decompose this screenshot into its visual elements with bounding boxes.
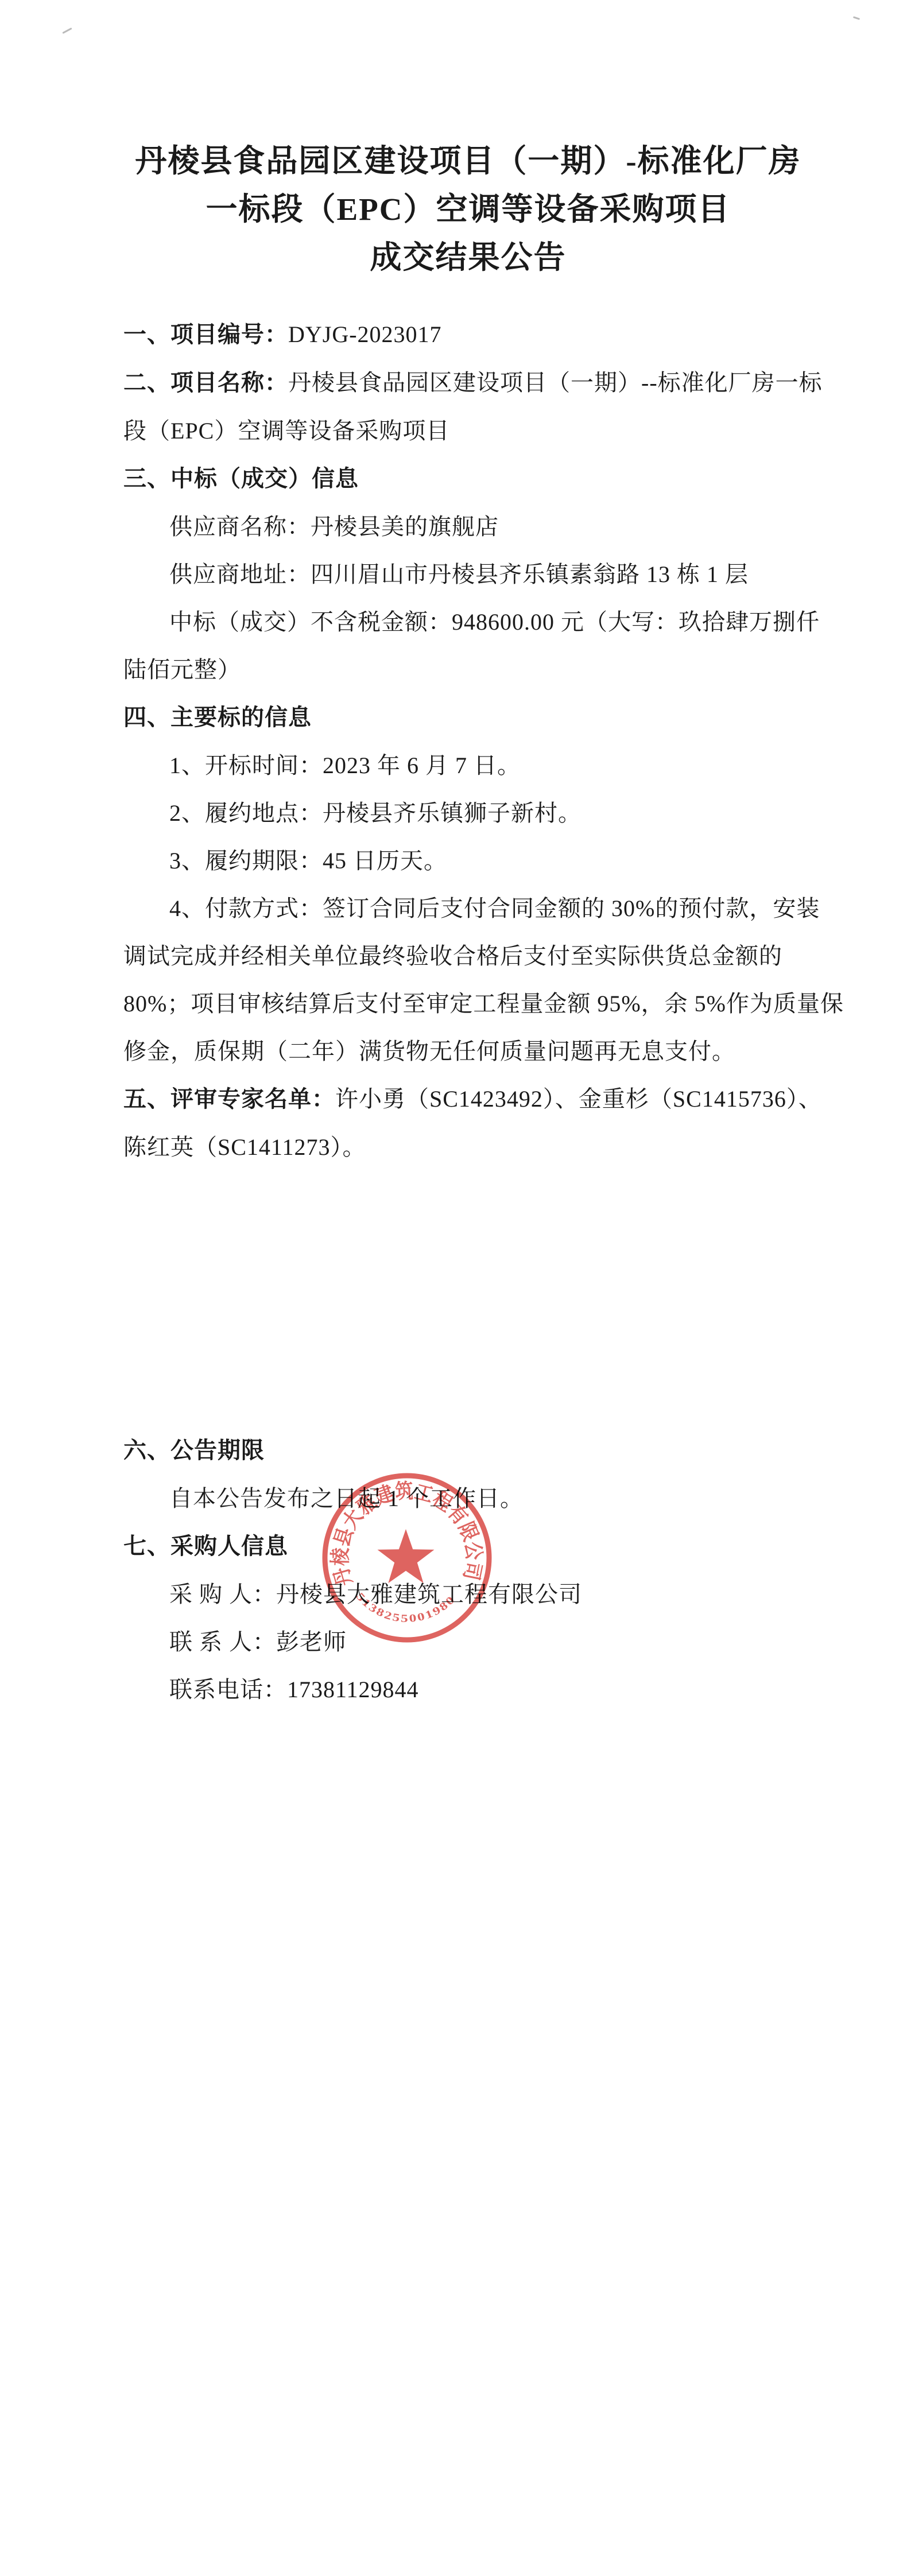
text-segment: 许小勇（SC1423492）、金重杉（SC1415736）、 [335,1086,822,1112]
text-segment: 中标（成交）不含税金额：948600.00 元（大写：玖拾肆万捌仟 [169,609,820,635]
text-segment: 供应商地址：四川眉山市丹棱县齐乐镇素翁路 13 栋 1 层 [169,561,749,587]
text-segment: 4、付款方式：签订合同后支付合同金额的 30%的预付款，安装 [169,895,820,921]
doc-line: 四、主要标的信息 [123,693,825,742]
doc-line: 供应商地址：四川眉山市丹棱县齐乐镇素翁路 13 栋 1 层 [123,550,825,598]
document-title-line-3: 成交结果公告 [111,234,825,282]
doc-line: 六、公告期限 [123,1426,825,1475]
star-icon [378,1529,435,1583]
doc-line: 80%；项目审核结算后支付至审定工程量金额 95%，余 5%作为质量保 [123,980,825,1027]
heading-label: 六、公告期限 [123,1438,265,1463]
doc-line: 联系电话：17381129844 [123,1666,825,1713]
doc-line: 3、履约期限：45 日历天。 [123,837,825,884]
text-segment: 段（EPC）空调等设备采购项目 [123,418,449,444]
doc-line: 陈红英（SC1411273）。 [123,1123,825,1171]
heading-label: 五、评审专家名单： [123,1087,335,1112]
doc-line: 二、项目名称：丹棱县食品园区建设项目（一期）--标准化厂房一标 [123,359,825,407]
doc-line: 段（EPC）空调等设备采购项目 [123,407,825,455]
doc-line: 三、中标（成交）信息 [123,455,825,503]
text-segment: 80%；项目审核结算后支付至审定工程量金额 95%，余 5%作为质量保 [123,991,844,1017]
text-segment: 供应商名称：丹棱县美的旗舰店 [169,514,499,540]
doc-line: 1、开标时间：2023 年 6 月 7 日。 [123,742,825,789]
text-segment: 2、履约地点：丹棱县齐乐镇狮子新村。 [169,800,582,826]
doc-line: 陆佰元整） [123,646,825,693]
doc-line: 中标（成交）不含税金额：948600.00 元（大写：玖拾肆万捌仟 [123,598,825,646]
text-segment: 陈红英（SC1411273）。 [123,1134,366,1160]
text-segment: 陆佰元整） [123,657,241,682]
official-seal: 丹棱县大雅建筑工程有限公司 5138255001980 [321,1472,493,1643]
text-segment: 联 系 人：彭老师 [169,1629,347,1655]
doc-line: 2、履约地点：丹棱县齐乐镇狮子新村。 [123,789,825,837]
heading-label: 一、项目编号： [123,322,288,347]
doc-line: 供应商名称：丹棱县美的旗舰店 [123,503,825,550]
text-segment: 丹棱县食品园区建设项目（一期）--标准化厂房一标 [288,370,823,395]
scan-artifact [853,16,860,20]
heading-label: 四、主要标的信息 [123,705,312,730]
doc-line: 4、付款方式：签订合同后支付合同金额的 30%的预付款，安装 [123,884,825,932]
text-segment: DYJG-2023017 [288,321,442,347]
text-segment: 3、履约期限：45 日历天。 [169,848,447,874]
doc-line: 五、评审专家名单：许小勇（SC1423492）、金重杉（SC1415736）、 [123,1075,825,1123]
heading-label: 三、中标（成交）信息 [123,466,359,491]
doc-line: 一、项目编号：DYJG-2023017 [123,311,825,359]
text-segment: 联系电话：17381129844 [169,1677,419,1702]
doc-line: 调试完成并经相关单位最终验收合格后支付至实际供货总金额的 [123,932,825,980]
document-title-line-2: 一标段（EPC）空调等设备采购项目 [111,185,825,234]
heading-label: 七、采购人信息 [123,1534,288,1559]
document-title-line-1: 丹棱县食品园区建设项目（一期）-标准化厂房 [111,137,825,185]
text-segment: 修金，质保期（二年）满货物无任何质量问题再无息支付。 [123,1038,735,1064]
scan-artifact [62,28,72,34]
seal-number-text: 5138255001980 [354,1590,458,1625]
heading-label: 二、项目名称： [123,370,288,395]
text-segment: 1、开标时间：2023 年 6 月 7 日。 [169,752,521,778]
announcement-page: 丹棱县食品园区建设项目（一期）-标准化厂房 一标段（EPC）空调等设备采购项目 … [0,0,911,2576]
text-segment: 调试完成并经相关单位最终验收合格后支付至实际供货总金额的 [123,943,782,969]
doc-line: 修金，质保期（二年）满货物无任何质量问题再无息支付。 [123,1027,825,1075]
